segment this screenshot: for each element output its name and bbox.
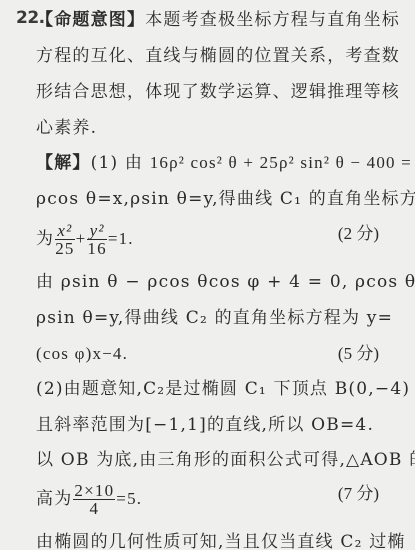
frac-num: y² <box>87 222 106 240</box>
intent-line-3: 形结合思想，体现了数学运算、逻辑推理等核 <box>36 80 401 104</box>
fraction-x2-25: x²25 <box>55 222 74 257</box>
solution-line-3: 为x²25+y²16=1. (2 分) <box>36 222 401 257</box>
part2-line-2: 且斜率范围为[−1,1]的直线,所以 OB=4. <box>36 413 401 437</box>
solution-line-2: ρcos θ=x,ρsin θ=y,得曲线 C₁ 的直角坐标方程 <box>36 187 401 211</box>
intent-text: 本题考查极坐标方程与直角坐标 <box>145 10 400 30</box>
prefix-gaowei: 高为 <box>36 489 72 509</box>
frac-den: 16 <box>87 240 106 257</box>
part2-line-4: 高为2×104=5. (7 分) <box>36 482 401 517</box>
score-2: (2 分) <box>338 222 379 246</box>
equals-five: =5. <box>116 489 142 508</box>
frac-den: 4 <box>73 500 115 517</box>
prefix-wei: 为 <box>36 229 54 249</box>
solution-line-5: ρsin θ=y,得曲线 C₂ 的直角坐标方程为 y= <box>36 306 401 330</box>
part2-line-1: (2)由题意知,C₂是过椭圆 C₁ 下顶点 B(0,−4) <box>36 377 401 401</box>
intent-line-1: 【命题意图】本题考查极坐标方程与直角坐标 <box>36 8 401 32</box>
score-7: (7 分) <box>338 482 379 506</box>
fraction-y2-16: y²16 <box>87 222 106 257</box>
polar-equation-c1: 16ρ² cos² θ + 25ρ² sin² θ − 400 = 0, <box>150 153 415 172</box>
part2-line-5: 由椭圆的几何性质可知,当且仅当直线 C₂ 过椭 <box>36 530 401 550</box>
intent-tag: 【命题意图】 <box>36 10 145 30</box>
intent-line-2: 方程的互化、直线与椭圆的位置关系，考查数 <box>36 44 401 68</box>
frac-den: 25 <box>55 240 74 257</box>
frac-num: 2×10 <box>73 482 115 500</box>
part1-prefix: 由 <box>125 153 143 173</box>
part1-label: (1) <box>91 153 119 173</box>
score-5: (5 分) <box>338 342 379 366</box>
fraction-height: 2×104 <box>73 482 115 517</box>
c2-equation: (cos φ)x−4. <box>36 344 128 363</box>
equals-one: =1. <box>108 229 134 248</box>
solution-tag: 【解】 <box>36 153 91 173</box>
solution-line-1: 【解】(1) 由 16ρ² cos² θ + 25ρ² sin² θ − 400… <box>36 151 401 175</box>
solution-line-6: (cos φ)x−4. (5 分) <box>36 342 401 366</box>
solution-line-4: 由 ρsin θ − ρcos θcos φ + 4 = 0, ρcos θ =… <box>36 270 401 294</box>
part2-line-3: 以 OB 为底,由三角形的面积公式可得,△AOB 的 <box>36 448 401 472</box>
intent-line-4: 心素养. <box>36 116 401 140</box>
frac-num: x² <box>55 222 74 240</box>
